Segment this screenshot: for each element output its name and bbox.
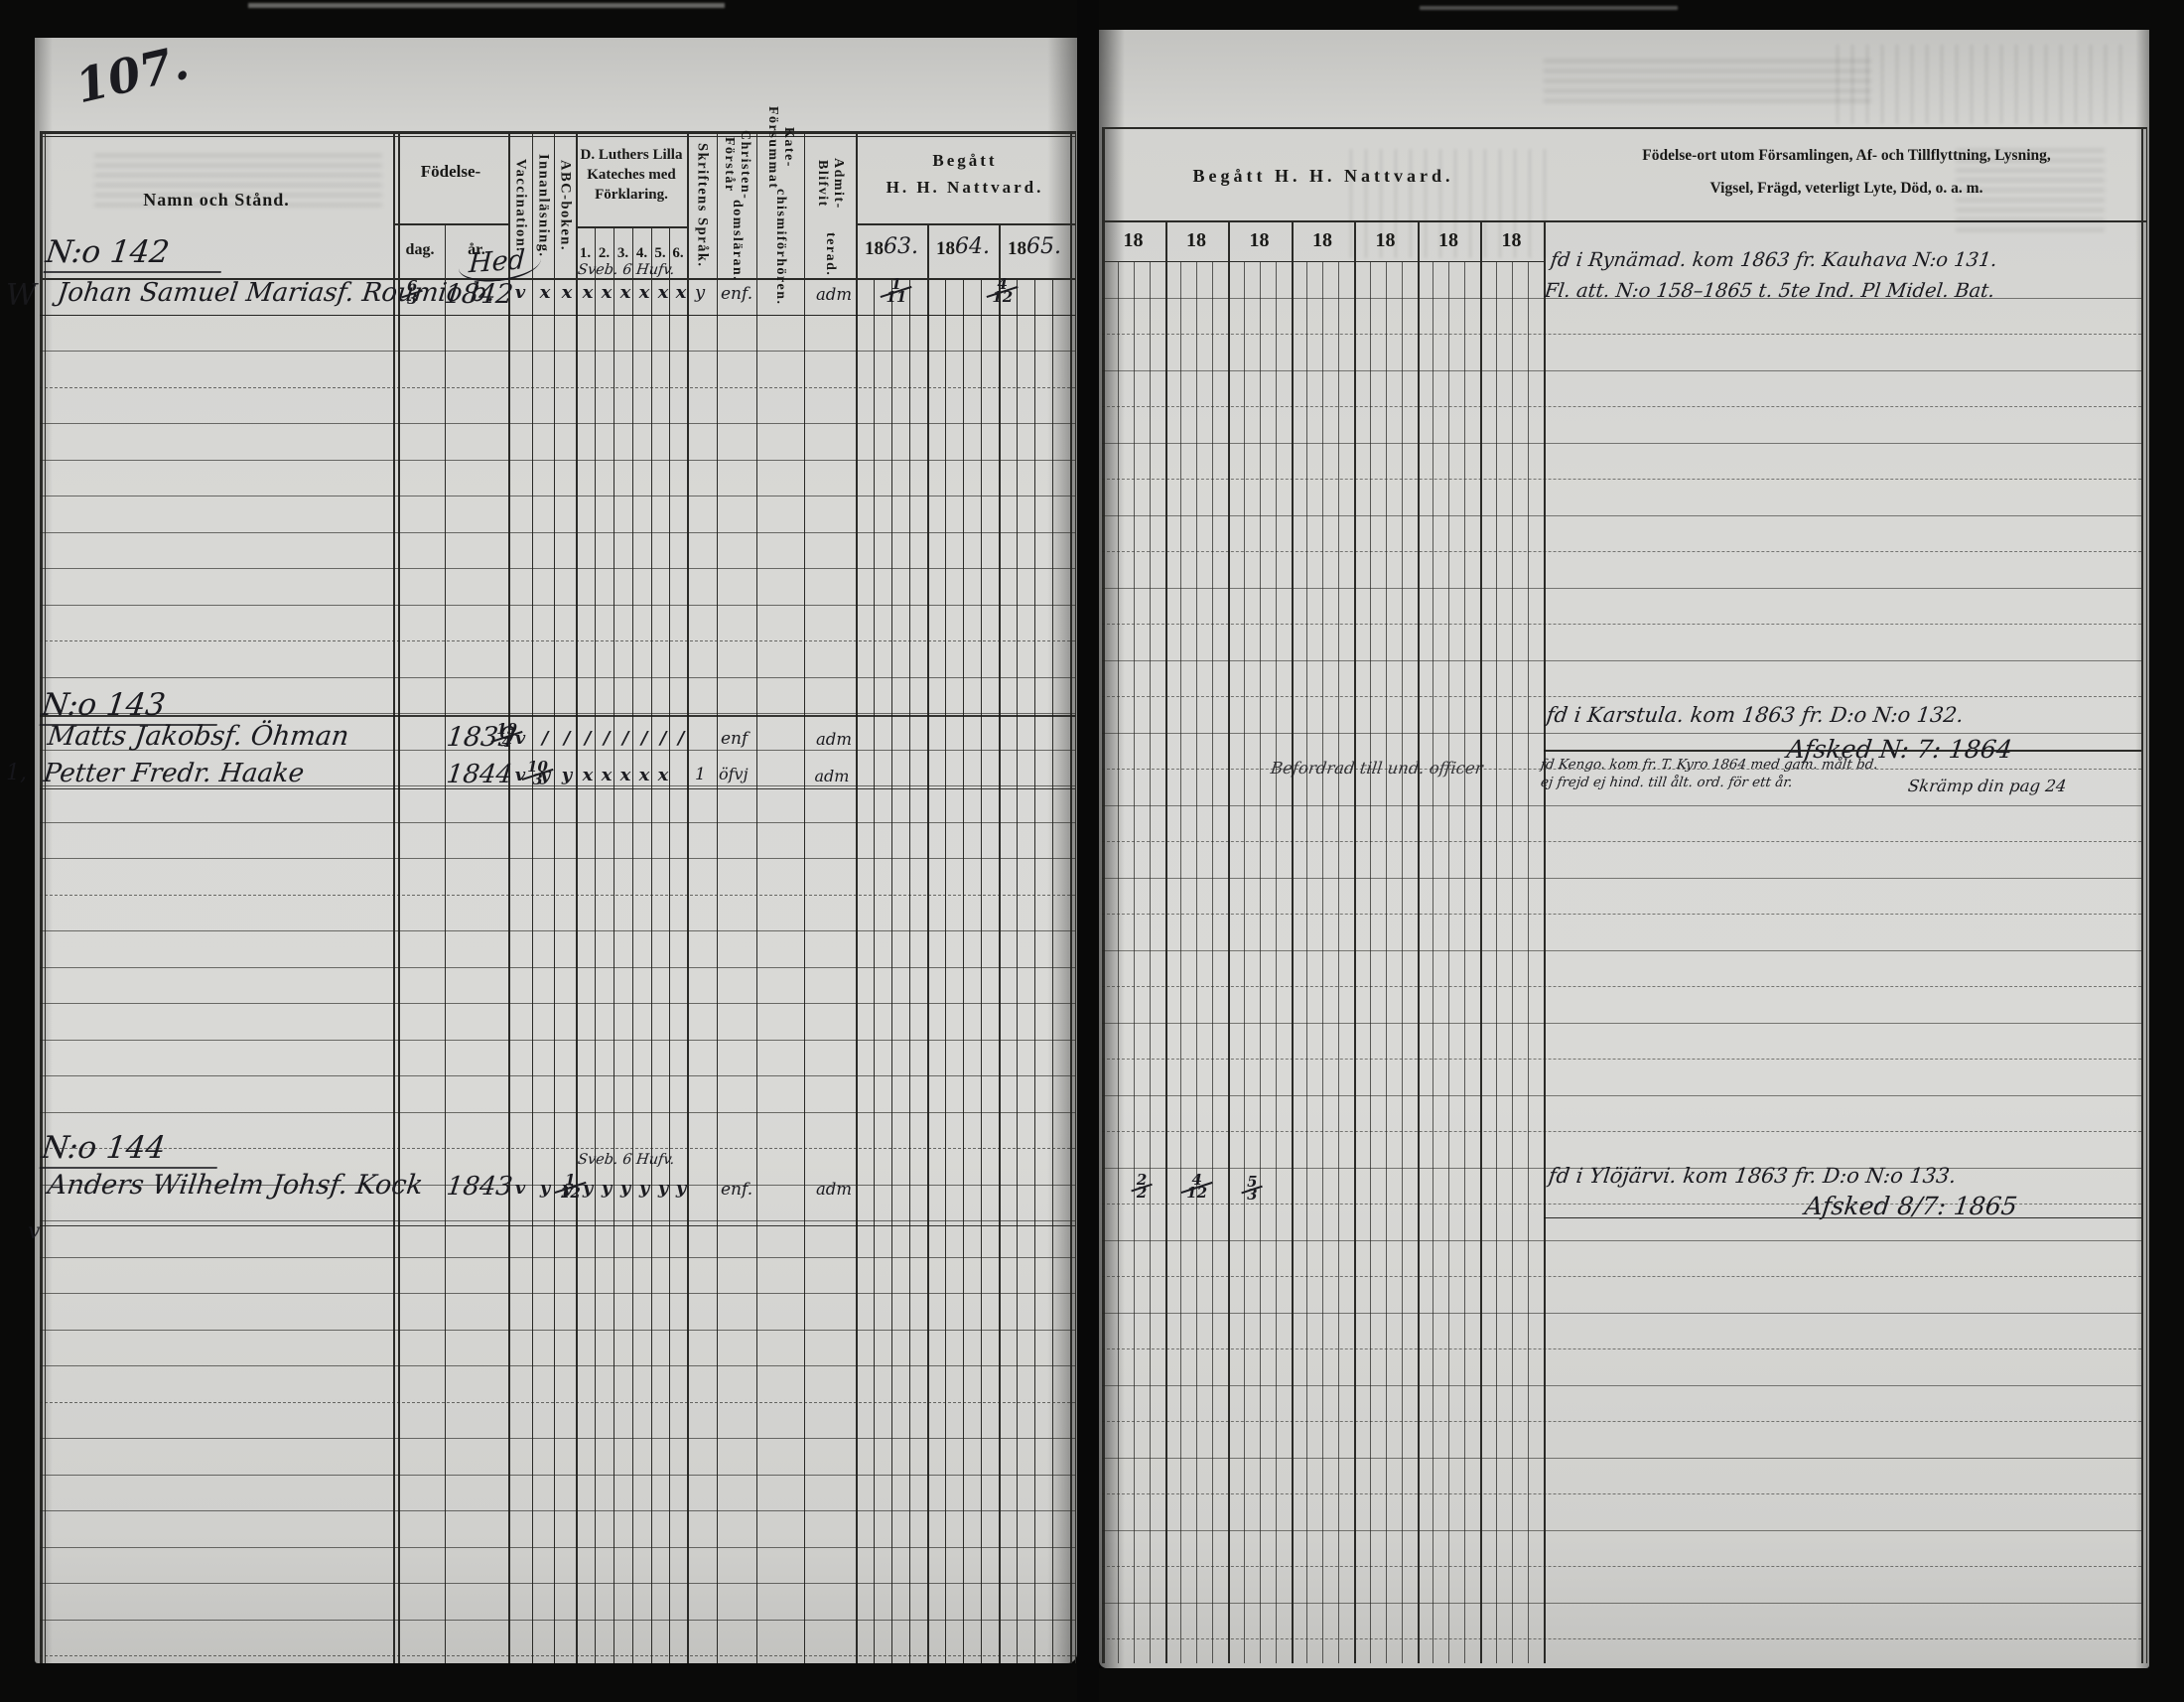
year-handwritten: 65. xyxy=(1026,234,1061,259)
year-col-18-2: 18 xyxy=(1164,226,1228,254)
kateches-line: Förklaring. xyxy=(576,185,687,205)
entry-143b-name: Petter Fredr. Haake xyxy=(44,759,304,788)
year-printed: 18 xyxy=(865,238,884,260)
col-header-begatt-nattvard-right: Begått H. H. Nattvard. xyxy=(1104,161,1543,191)
col-header-forstar-christendomslaran: Förstår Christen- domsläran. xyxy=(717,135,756,276)
col-header-blifvit-admitterad: Blifvit Admit- terad. xyxy=(804,135,856,276)
col-header-skriftens-sprak: Skriftens Språk. xyxy=(687,135,717,276)
entry-144-forstar: enf. xyxy=(721,1180,752,1200)
entry-144-birth-year: 1843 xyxy=(447,1172,512,1202)
entry-143b-forstar: öfvj xyxy=(719,765,749,783)
forstar-line: domsläran. xyxy=(729,200,745,281)
entry-142-sprak-mark: y xyxy=(695,282,705,303)
showthrough-text xyxy=(1544,60,1871,107)
entry-144-nattvard-1: 22 xyxy=(1133,1174,1151,1200)
col-header-kateches: D. Luthers Lilla Kateches med Förklaring… xyxy=(576,145,687,205)
entry-143a-birth-year: 1839 xyxy=(447,722,515,753)
entry-143b-margin-mark: 1, xyxy=(6,761,27,785)
entry-143b-admit: adm xyxy=(810,767,854,785)
entry-142-nattvard-1864: 412 xyxy=(988,278,1017,304)
entry-142-note-line1: fd i Rynämad. kom 1863 fr. Kauhava N:o 1… xyxy=(1551,248,1997,271)
entry-142-name: Johan Samuel Mariasf. Roumio b. xyxy=(58,278,495,308)
forsummat-line: Försummat Kate- xyxy=(764,106,796,190)
entry-143b-sprak-mark: 1 xyxy=(695,765,706,784)
year-printed: 18 xyxy=(1008,238,1026,260)
year-col-18-6: 18 xyxy=(1417,226,1480,254)
entry-143a-note-line1: fd i Karstula. kom 1863 fr. D:o N:o 132. xyxy=(1547,703,1964,727)
year-col-18-1: 18 xyxy=(1102,226,1164,254)
begatt-line: Begått xyxy=(856,147,1074,174)
scanned-register-spread: vxxxxxxxxv////////vyyxxxxxvyyyyyyyy 107.… xyxy=(0,0,2184,1702)
entry-143b-note-line2: ej frejd ej hind. till ålt. ord. för ett… xyxy=(1541,775,1793,790)
entry-143a-forstar: enf xyxy=(721,729,748,749)
entry-144-note-line2: Afsked 8/7: 1865 xyxy=(1805,1192,2017,1220)
entry-142-birth-date: 6 3 xyxy=(403,280,421,306)
entry-144-name: Anders Wilhelm Johsf. Kock xyxy=(48,1170,423,1201)
col-header-namn-och-stand: Namn och Stånd. xyxy=(42,185,391,214)
showthrough-columns xyxy=(1837,45,2124,124)
entry-142-kateches-note: Sveb. 6 Hufv. xyxy=(578,262,689,278)
entry-142-name-above: Hed xyxy=(458,243,542,284)
book-spine-gutter xyxy=(1077,0,1099,1702)
notes-title-line: Vigsel, Frägd, veterligt Lyte, Död, o. a… xyxy=(1549,172,2144,205)
year-printed: 18 xyxy=(936,238,955,260)
year-handwritten: 63. xyxy=(884,234,918,259)
entry-142-nattvard-1863: 111 xyxy=(882,278,910,304)
entry-144-nattvard-2: 412 xyxy=(1182,1174,1211,1200)
kateches-line: Kateches med xyxy=(576,165,687,185)
entry-142-birth-year: 1842 xyxy=(445,279,513,310)
begatt-line: H. H. Nattvard. xyxy=(856,174,1074,201)
entry-143b-pag-note: Skrämp din pag 24 xyxy=(1908,777,2066,795)
col-header-fodelse: Födelse- xyxy=(395,159,506,185)
entry-143b-note-line1: fd Kengo. kom fr. T. Kyro 1864 med gam. … xyxy=(1541,757,1878,773)
entry-142-forstar: enf. xyxy=(721,284,752,304)
entry-144-nattvard-3: 53 xyxy=(1243,1176,1261,1202)
entry-143b-mid-note: Befordrad till und. officer xyxy=(1271,759,1483,778)
year-col-18-3: 18 xyxy=(1228,226,1291,254)
entry-143b-birth-date: 103 xyxy=(523,761,552,786)
entry-142-number: N:o 142 xyxy=(46,234,223,273)
kateches-line: D. Luthers Lilla xyxy=(576,145,687,165)
col-header-begatt-nattvard-left: Begått H. H. Nattvard. xyxy=(856,147,1074,201)
forstar-line: Förstår Christen- xyxy=(721,130,752,200)
entry-144-kateches-note: Sveb. 6 Hufv. xyxy=(578,1152,689,1168)
year-col-18-4: 18 xyxy=(1291,226,1354,254)
entry-142-admit: adm xyxy=(812,285,856,304)
entry-143a-admit: adm xyxy=(812,730,856,749)
col-header-notes: Födelse-ort utom Församlingen, Af- och T… xyxy=(1549,139,2144,205)
notes-title-line: Födelse-ort utom Församlingen, Af- och T… xyxy=(1549,139,2144,172)
entry-144-admit: adm xyxy=(812,1180,856,1199)
entry-143a-name: Matts Jakobsf. Öhman xyxy=(48,721,348,752)
year-handwritten: 64. xyxy=(955,234,990,259)
entry-144-margin-mark: v xyxy=(28,1219,40,1244)
year-col-18-7: 18 xyxy=(1480,226,1543,254)
col-header-abc-boken: ABC-boken. xyxy=(554,135,576,276)
entry-142-note-line2: Fl. att. N:o 158–1865 t. 5te Ind. Pl Mid… xyxy=(1545,279,1994,302)
entry-144-number: N:o 144 xyxy=(42,1130,219,1169)
entry-144-note-line1: fd i Ylöjärvi. kom 1863 fr. D:o N:o 133. xyxy=(1549,1164,1956,1188)
forsummat-line: chismiförhören. xyxy=(772,189,788,306)
entry-144-birth-date: 112 xyxy=(556,1174,585,1200)
col-header-dag: dag. xyxy=(395,238,445,262)
year-col-18-5: 18 xyxy=(1354,226,1417,254)
col-header-forsummat-katechismiforhoren: Försummat Kate- chismiförhören. xyxy=(756,135,804,276)
blifvit-line: terad. xyxy=(822,232,838,276)
blifvit-line: Blifvit Admit- xyxy=(814,135,846,232)
entry-143b-birth-year: 1844 xyxy=(447,760,512,789)
entry-142-margin-mark: W xyxy=(6,278,37,313)
